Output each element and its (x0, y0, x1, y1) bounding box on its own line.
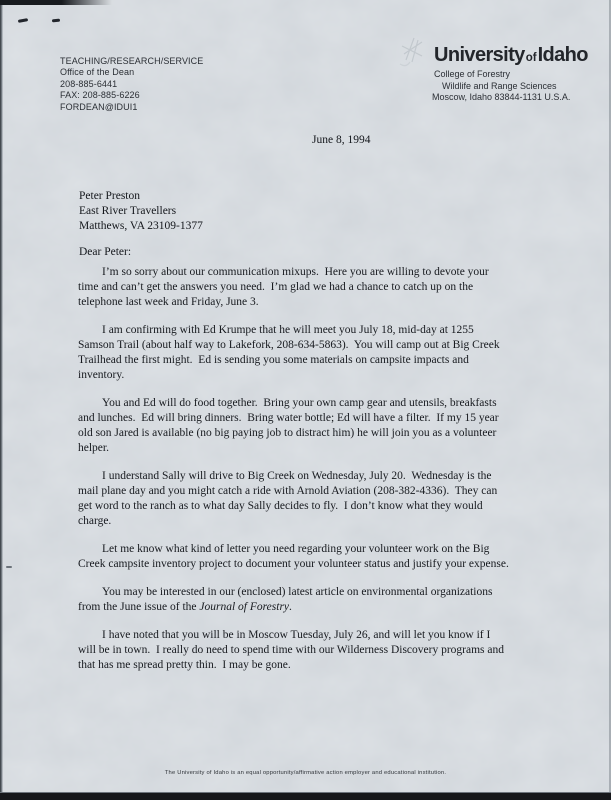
scan-speck (6, 566, 12, 568)
logo-word-university: University (434, 44, 525, 66)
paragraph-text: I have noted that you will be in Moscow … (78, 629, 504, 671)
wildlife-line: Wildlife and Range Sciences (442, 81, 588, 93)
university-logo: UniversityofIdaho (434, 44, 588, 67)
recipient-address: Peter Preston East River Travellers Matt… (79, 189, 203, 234)
letter-paragraph: You may be interested in our (enclosed) … (78, 585, 580, 615)
footer-disclaimer: The University of Idaho is an equal oppo… (0, 770, 611, 776)
letter-paragraph: I’m so sorry about our communication mix… (78, 265, 580, 310)
scan-edge-top (0, 0, 112, 5)
letter-page: TEACHING/RESEARCH/SERVICE Office of the … (0, 0, 611, 800)
letterhead-email: FORDEAN@IDUI1 (60, 102, 203, 113)
letterhead-left: TEACHING/RESEARCH/SERVICE Office of the … (60, 56, 203, 113)
paragraph-text: I am confirming with Ed Krumpe that he w… (78, 324, 500, 381)
logo-word-of: of (525, 52, 538, 64)
pen-mark (52, 19, 60, 23)
scan-bottom-bar (0, 792, 611, 800)
letter-paragraph: I have noted that you will be in Moscow … (78, 628, 580, 673)
letterhead-fax: FAX: 208-885-6226 (60, 90, 203, 101)
address-line: Moscow, Idaho 83844-1131 U.S.A. (432, 92, 588, 104)
italic-journal-title: Journal of Forestry (199, 601, 289, 613)
letter-paragraph: Let me know what kind of letter you need… (78, 542, 580, 572)
recipient-city: Matthews, VA 23109-1377 (79, 219, 203, 234)
letter-paragraphs: I’m so sorry about our communication mix… (78, 265, 580, 686)
scan-edge-left (0, 0, 3, 800)
letterhead-right: UniversityofIdaho College of Forestry Wi… (434, 44, 588, 104)
letterhead-office: Office of the Dean (60, 67, 203, 78)
recipient-name: Peter Preston (79, 189, 203, 204)
college-line: College of Forestry (434, 69, 588, 81)
letterhead-dept: TEACHING/RESEARCH/SERVICE (60, 56, 203, 67)
paragraph-text: I’m so sorry about our communication mix… (78, 266, 489, 308)
letter-paragraph: I am confirming with Ed Krumpe that he w… (78, 323, 580, 383)
scan-smudge (392, 30, 436, 74)
recipient-org: East River Travellers (79, 204, 203, 219)
letterhead-right-lines: College of Forestry Wildlife and Range S… (434, 69, 588, 104)
salutation: Dear Peter: (79, 246, 131, 258)
letter-date: June 8, 1994 (312, 134, 370, 146)
pen-mark (18, 18, 28, 23)
paragraph-text: . (289, 601, 292, 613)
paragraph-text: I understand Sally will drive to Big Cre… (78, 470, 497, 527)
letterhead-phone: 208-885-6441 (60, 79, 203, 90)
letter-paragraph: I understand Sally will drive to Big Cre… (78, 469, 580, 529)
paragraph-text: Let me know what kind of letter you need… (78, 543, 509, 570)
logo-word-idaho: Idaho (538, 44, 588, 66)
letter-paragraph: You and Ed will do food together. Bring … (78, 396, 580, 456)
paragraph-text: You and Ed will do food together. Bring … (78, 397, 499, 454)
